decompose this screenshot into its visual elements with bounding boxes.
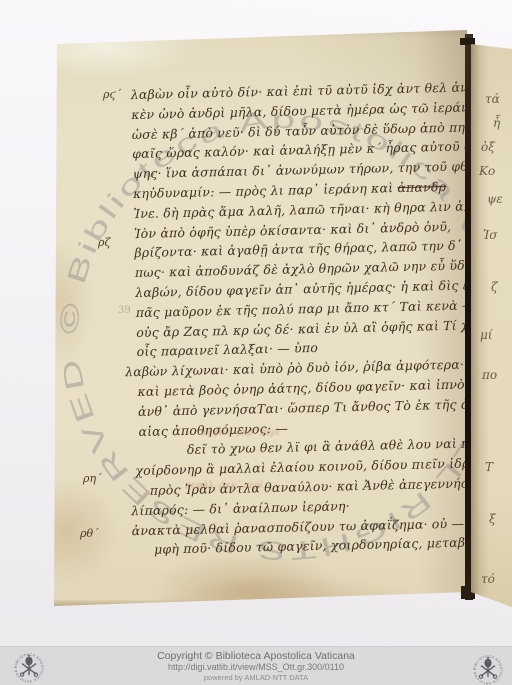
copyright-text: Copyright © Biblioteca Apostolica Vatica… [0, 650, 512, 662]
facing-page-text-fragment: ἧ [493, 116, 500, 130]
manuscript-line-text: λίπαρός: — δι᾽ ἀναίλπων ἱεράνη· [131, 498, 350, 518]
facing-page-text-fragment: Τ [485, 460, 493, 474]
margin-numeral: ρζ [98, 236, 110, 249]
copyright-bar: Copyright © Biblioteca Apostolica Vatica… [0, 646, 512, 685]
facing-page-text-fragment: Ἰσ [483, 228, 497, 242]
facing-page-text-fragment: ξ [489, 512, 496, 526]
facing-page-text-fragment: μί [480, 328, 493, 342]
manuscript-page: © Biblioteca Apostolica Vaticana ALL RIG… [54, 30, 468, 606]
manuscript-line-text: κηὐδυναμίν: — πρὸς λι παρ᾽ ἱεράνη καὶ [133, 180, 398, 201]
facing-page-text-fragment: τό [481, 572, 495, 586]
bleedthrough-snippet: κεφάλ. ρκγ΄ περὶ [185, 481, 263, 491]
manuscript-scan-view: © Biblioteca Apostolica Vaticana ALL RIG… [0, 0, 512, 685]
margin-numeral: ρθ΄ [80, 527, 99, 540]
manuscript-line-text: οἷς παραινεῖ λαλξαι· — ὑπο [136, 340, 318, 359]
facing-page-text-fragment: ὀξ [481, 140, 495, 154]
facing-page-text-fragment: Κο [479, 164, 495, 178]
facing-page-edge: τάἧὀξΚοψεἸσζμίποΤξτό [471, 40, 512, 610]
source-url: http://digi.vatlib.it/view/MSS_Ott.gr.30… [0, 662, 512, 672]
vatican-seal-icon: BIBLIOTECA APOSTOLICA VATICANA [11, 650, 47, 685]
gutter-shadow-top [460, 38, 475, 45]
margin-numeral: ρη΄ [83, 472, 102, 485]
vatican-seal-icon: BIBLIOTECA APOSTOLICA VATICANA [470, 652, 506, 685]
margin-numeral: ρϛ΄ [103, 88, 121, 101]
handwritten-text-block: λαβὼν οἶν αὐτὸ δίν· καὶ ἐπὶ τῦ αὐτῦ ἰδχ … [89, 78, 472, 561]
bleedthrough-snippet: κεφάλ. ρκβ΄ περὶ [202, 428, 280, 438]
pencil-folio-number: 39 [118, 305, 131, 316]
facing-page-text-fragment: πο [482, 368, 497, 382]
facing-page-text-fragment: ψε [487, 192, 503, 206]
facing-page-text-fragment: τά [485, 92, 500, 106]
powered-by-text: powered by AMLAD·NTT DATA [0, 673, 512, 682]
facing-page-text-fragment: ζ [491, 280, 498, 294]
struck-word: ἀπανδρ [397, 179, 446, 195]
